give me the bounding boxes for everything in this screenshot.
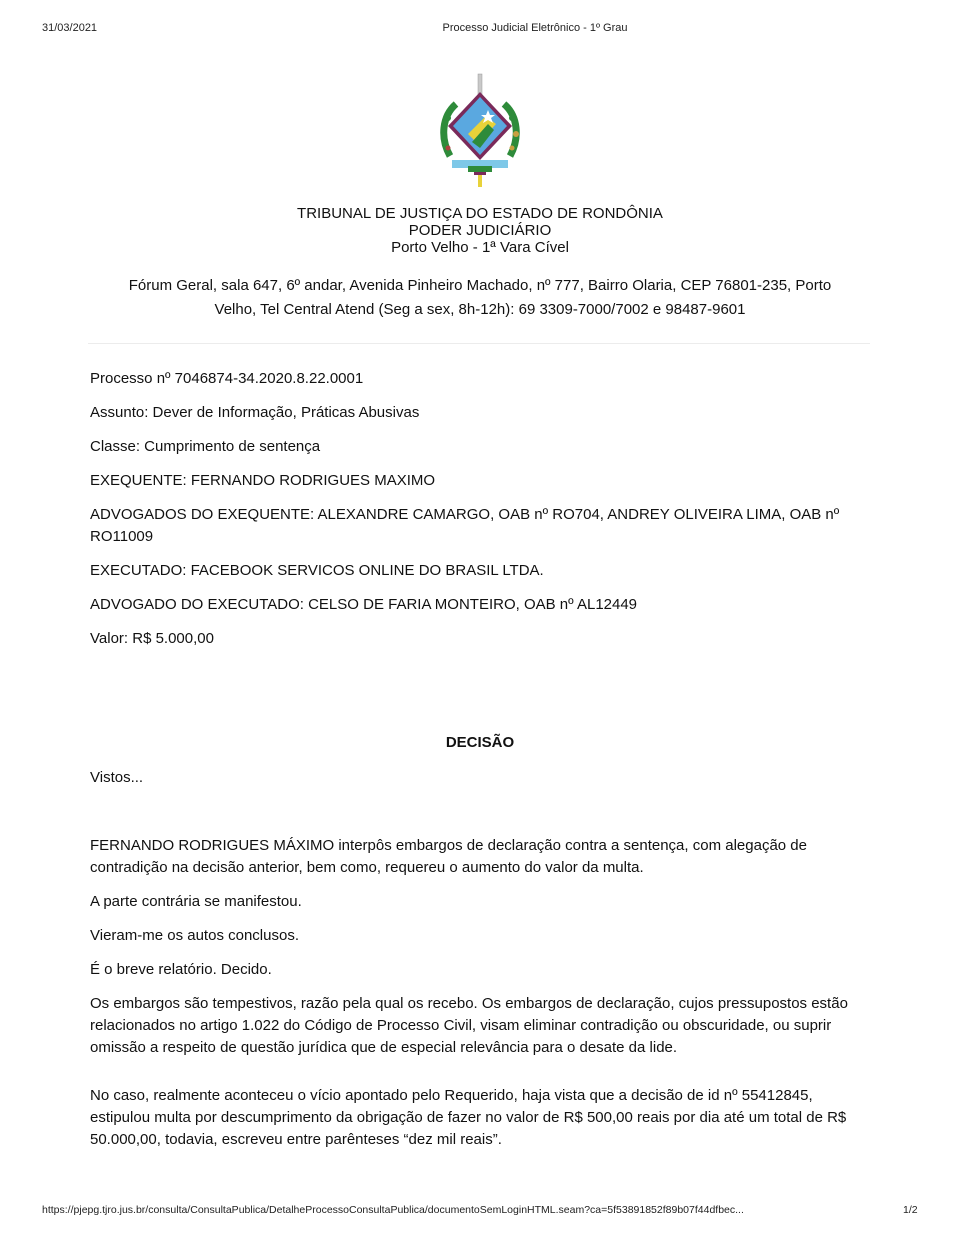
case-defendant-lawyer: ADVOGADO DO EXECUTADO: CELSO DE FARIA MO… (90, 594, 870, 616)
address-line-1: Fórum Geral, sala 647, 6º andar, Avenida… (100, 274, 860, 298)
case-plaintiff: EXEQUENTE: FERNANDO RODRIGUES MAXIMO (90, 470, 870, 492)
decision-paragraph: No caso, realmente aconteceu o vício apo… (90, 1085, 870, 1151)
rondonia-coat-of-arms-icon (438, 72, 522, 190)
decision-opening: Vistos... (90, 769, 143, 786)
case-defendant: EXECUTADO: FACEBOOK SERVICOS ONLINE DO B… (90, 560, 870, 582)
case-number: Processo nº 7046874-34.2020.8.22.0001 (90, 368, 870, 390)
decision-paragraph: Os embargos são tempestivos, razão pela … (90, 993, 870, 1059)
print-header: 31/03/2021 Processo Judicial Eletrônico … (0, 22, 960, 38)
case-info: Processo nº 7046874-34.2020.8.22.0001 As… (90, 368, 870, 662)
decision-paragraph: Vieram-me os autos conclusos. (90, 925, 870, 947)
court-address: Fórum Geral, sala 647, 6º andar, Avenida… (100, 274, 860, 322)
court-heading: TRIBUNAL DE JUSTIÇA DO ESTADO DE RONDÔNI… (0, 205, 960, 256)
decision-paragraph: A parte contrária se manifestou. (90, 891, 870, 913)
case-value: Valor: R$ 5.000,00 (90, 628, 870, 650)
court-division: Porto Velho - 1ª Vara Cível (0, 239, 960, 256)
case-plaintiff-lawyers: ADVOGADOS DO EXEQUENTE: ALEXANDRE CAMARG… (90, 504, 870, 548)
case-subject: Assunto: Dever de Informação, Práticas A… (90, 402, 870, 424)
court-name: TRIBUNAL DE JUSTIÇA DO ESTADO DE RONDÔNI… (0, 205, 960, 222)
decision-title: DECISÃO (0, 734, 960, 751)
address-line-2: Velho, Tel Central Atend (Seg a sex, 8h-… (100, 298, 860, 322)
decision-paragraph: É o breve relatório. Decido. (90, 959, 870, 981)
page-number: 1/2 (903, 1204, 918, 1216)
decision-body: FERNANDO RODRIGUES MÁXIMO interpôs embar… (90, 835, 870, 1163)
court-branch: PODER JUDICIÁRIO (0, 222, 960, 239)
decision-paragraph: FERNANDO RODRIGUES MÁXIMO interpôs embar… (90, 835, 870, 879)
print-page-title: Processo Judicial Eletrônico - 1º Grau (0, 22, 960, 34)
print-footer: https://pjepg.tjro.jus.br/consulta/Consu… (0, 1204, 960, 1218)
case-class: Classe: Cumprimento de sentença (90, 436, 870, 458)
print-url: https://pjepg.tjro.jus.br/consulta/Consu… (42, 1204, 744, 1216)
header-divider (88, 343, 870, 344)
